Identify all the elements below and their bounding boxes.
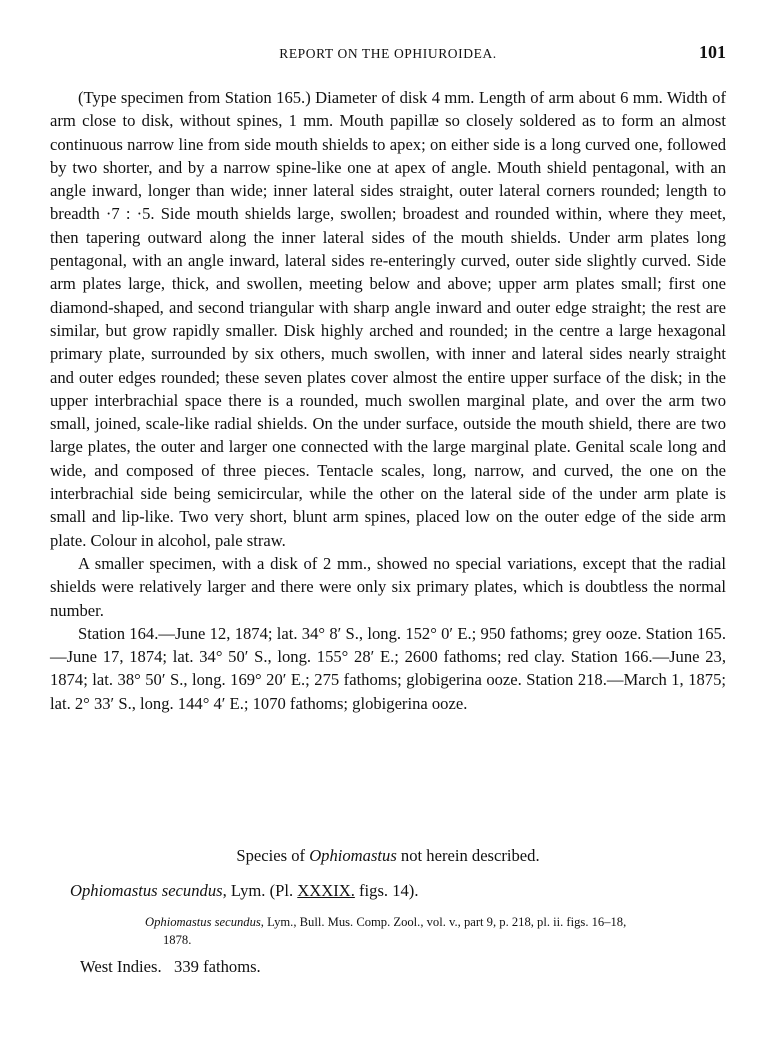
citation-year: 1878. (145, 931, 726, 949)
paragraph-description: (Type specimen from Station 165.) Diamet… (50, 86, 726, 552)
running-head: REPORT ON THE OPHIUROIDEA. 101 (50, 42, 726, 66)
page-number: 101 (699, 42, 726, 63)
paragraph-smaller-specimen: A smaller specimen, with a disk of 2 mm.… (50, 552, 726, 622)
citation-text: , Lym., Bull. Mus. Comp. Zool., vol. v.,… (261, 915, 626, 929)
locality: West Indies. 339 fathoms. (80, 957, 261, 977)
section-heading-suffix: not herein described. (397, 846, 540, 865)
body-text: (Type specimen from Station 165.) Diamet… (50, 86, 726, 715)
paragraph-stations: Station 164.—June 12, 1874; lat. 34° 8′ … (50, 622, 726, 715)
plate-reference: XXXIX. (297, 881, 355, 900)
species-author: , Lym. (Pl. (223, 881, 298, 900)
citation: Ophiomastus secundus, Lym., Bull. Mus. C… (145, 913, 726, 949)
section-heading-genus: Ophiomastus (309, 846, 397, 865)
running-title: REPORT ON THE OPHIUROIDEA. (50, 46, 726, 62)
section-heading-prefix: Species of (236, 846, 309, 865)
species-entry: Ophiomastus secundus, Lym. (Pl. XXXIX. f… (70, 881, 418, 901)
section-heading: Species of Ophiomastus not herein descri… (50, 846, 726, 866)
species-figs: figs. 14). (355, 881, 419, 900)
citation-species-name: Ophiomastus secundus (145, 915, 261, 929)
species-name: Ophiomastus secundus (70, 881, 223, 900)
